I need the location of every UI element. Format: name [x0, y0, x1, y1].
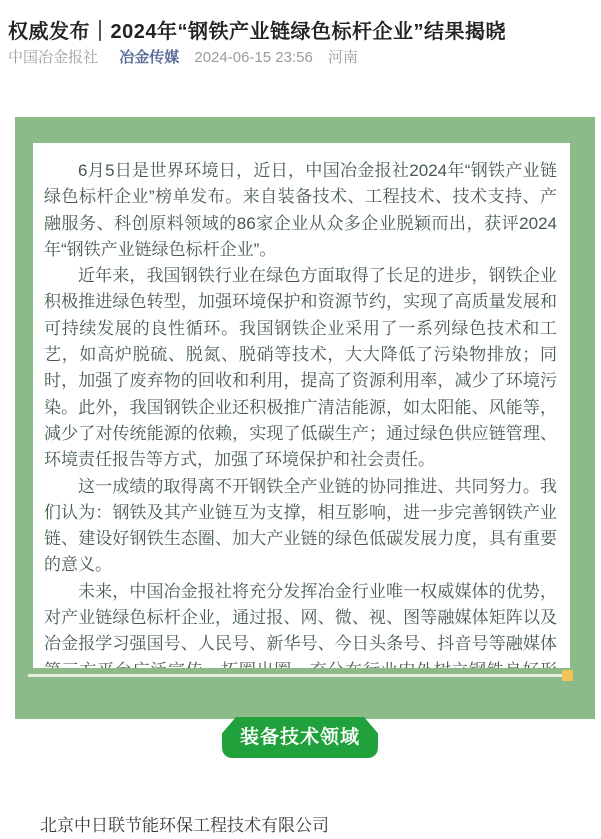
article-paragraph: 6月5日是世界环境日，近日，中国冶金报社2024年“钢铁产业链绿色标杆企业”榜单… — [44, 158, 557, 263]
article-paragraph: 未来，中国冶金报社将充分发挥冶金行业唯一权威媒体的优势，对产业链绿色标杆企业，通… — [44, 579, 557, 668]
divider-end-square — [562, 670, 573, 681]
article-paragraph: 这一成绩的取得离不开钢铁全产业链的协同推进、共同努力。我们认为：钢铁及其产业链互… — [44, 474, 557, 579]
account-link[interactable]: 冶金传媒 — [119, 46, 179, 67]
article-title: 权威发布｜2024年“钢铁产业链绿色标杆企业”结果揭晓 — [8, 19, 588, 46]
section-badge: 装备技术领域 — [222, 717, 378, 758]
green-frame: 6月5日是世界环境日，近日，中国冶金报社2024年“钢铁产业链绿色标杆企业”榜单… — [15, 117, 595, 719]
source-name: 中国冶金报社 — [8, 46, 98, 67]
publish-location: 河南 — [328, 46, 358, 67]
section-divider — [28, 674, 562, 677]
article-paragraph: 近年来，我国钢铁行业在绿色方面取得了长足的进步，钢铁企业积极推进绿色转型，加强环… — [44, 263, 557, 473]
company-name: 北京中日联节能环保工程技术有限公司 — [40, 811, 329, 836]
article-body: 6月5日是世界环境日，近日，中国冶金报社2024年“钢铁产业链绿色标杆企业”榜单… — [33, 143, 570, 668]
publish-datetime: 2024-06-15 23:56 — [194, 49, 312, 66]
byline: 中国冶金报社 冶金传媒 2024-06-15 23:56 河南 — [8, 46, 358, 67]
article-page: { "article": { "title": "权威发布｜2024年“钢铁产业… — [0, 0, 601, 839]
